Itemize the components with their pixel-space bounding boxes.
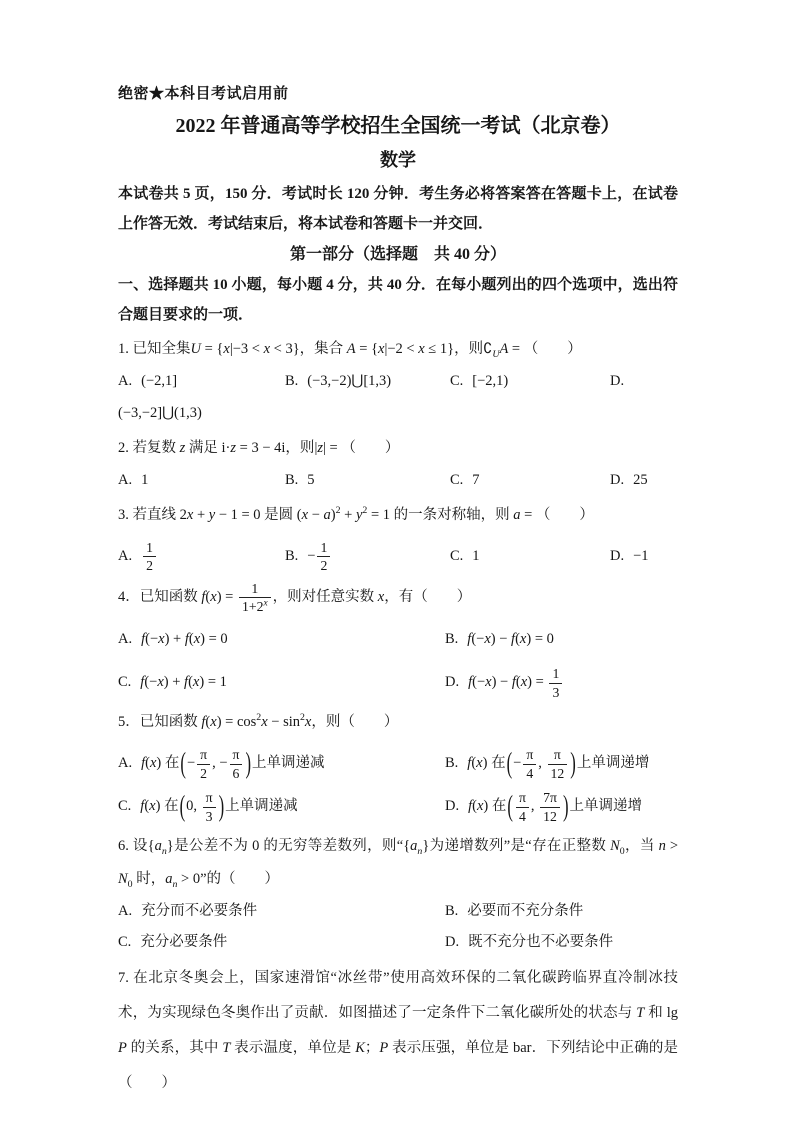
option-5c-label: C. bbox=[118, 787, 131, 825]
option-3b: B. −12 bbox=[285, 537, 450, 575]
option-3d-content: −1 bbox=[633, 537, 648, 575]
option-1d-label: D. bbox=[610, 366, 624, 397]
option-5c-content: f(x) 在(0, π3)上单调递减 bbox=[140, 787, 297, 825]
option-4c-label: C. bbox=[118, 663, 131, 701]
question-1-options: A. (−2,1] B. (−3,−2)⋃[1,3) C. [−2,1) D. bbox=[118, 366, 678, 397]
option-2b-label: B. bbox=[285, 465, 298, 496]
secrecy-notice: 绝密★本科目考试启用前 bbox=[118, 82, 678, 106]
question-5-stem: 5．已知函数 f(x) = cos2x − sin2x，则（ ） bbox=[118, 706, 678, 739]
option-1a-label: A. bbox=[118, 366, 132, 397]
question-3-options: A. 12 B. −12 C. 1 D. −1 bbox=[118, 537, 678, 575]
option-6b: B. 必要而不充分条件 bbox=[445, 896, 678, 927]
option-4b: B. f(−x) − f(x) = 0 bbox=[445, 620, 678, 658]
option-2d: D. 25 bbox=[610, 465, 678, 496]
option-5a-content: f(x) 在(−π2, −π6)上单调递减 bbox=[141, 744, 324, 782]
option-5a: A. f(x) 在(−π2, −π6)上单调递减 bbox=[118, 744, 445, 782]
question-3: 3. 若直线 2x + y − 1 = 0 是圆 (x − a)2 + y2 =… bbox=[118, 499, 678, 575]
option-4c: C. f(−x) + f(x) = 1 bbox=[118, 663, 445, 701]
option-1c-label: C. bbox=[450, 366, 463, 397]
question-2-options: A. 1 B. 5 C. 7 D. 25 bbox=[118, 465, 678, 496]
option-5b-label: B. bbox=[445, 744, 458, 782]
exam-instructions: 本试卷共 5 页，150 分．考试时长 120 分钟．考生务必将答案答在答题卡上… bbox=[118, 179, 678, 239]
question-4-options-row1: A. f(−x) + f(x) = 0 B. f(−x) − f(x) = 0 bbox=[118, 620, 678, 658]
option-3b-label: B. bbox=[285, 537, 298, 575]
option-1a-content: (−2,1] bbox=[141, 366, 177, 397]
option-6b-label: B. bbox=[445, 896, 458, 927]
question-5-options-row1: A. f(x) 在(−π2, −π6)上单调递减 B. f(x) 在(−π4, … bbox=[118, 744, 678, 782]
question-6-options-row1: A. 充分而不必要条件 B. 必要而不充分条件 bbox=[118, 896, 678, 927]
part-one-heading: 第一部分（选择题 共 40 分） bbox=[118, 240, 678, 270]
question-1-stem: 1. 已知全集U = {x|−3 < x < 3}，集合 A = {x|−2 <… bbox=[118, 333, 678, 366]
question-4: 4．已知函数 f(x) = 11+2x，则对任意实数 x，有（ ） A. f(−… bbox=[118, 580, 678, 701]
question-5-options-row2: C. f(x) 在(0, π3)上单调递减 D. f(x) 在(π4, 7π12… bbox=[118, 787, 678, 825]
option-6d-content: 既不充分也不必要条件 bbox=[468, 927, 613, 958]
question-5: 5．已知函数 f(x) = cos2x − sin2x，则（ ） A. f(x)… bbox=[118, 706, 678, 825]
option-6d-label: D. bbox=[445, 927, 459, 958]
question-4-stem: 4．已知函数 f(x) = 11+2x，则对任意实数 x，有（ ） bbox=[118, 580, 678, 615]
option-2b-content: 5 bbox=[307, 465, 314, 496]
option-6a: A. 充分而不必要条件 bbox=[118, 896, 445, 927]
option-1c-content: [−2,1) bbox=[472, 366, 508, 397]
question-3-stem: 3. 若直线 2x + y − 1 = 0 是圆 (x − a)2 + y2 =… bbox=[118, 499, 678, 532]
option-1b: B. (−3,−2)⋃[1,3) bbox=[285, 366, 450, 397]
question-6: 6. 设{an}是公差不为 0 的无穷等差数列，则“{an}为递增数列”是“存在… bbox=[118, 830, 678, 958]
option-6c-content: 充分必要条件 bbox=[140, 927, 227, 958]
option-4c-content: f(−x) + f(x) = 1 bbox=[140, 663, 227, 701]
option-2d-content: 25 bbox=[633, 465, 648, 496]
option-3c-label: C. bbox=[450, 537, 463, 575]
option-6a-content: 充分而不必要条件 bbox=[141, 896, 257, 927]
option-2c: C. 7 bbox=[450, 465, 610, 496]
question-6-stem: 6. 设{an}是公差不为 0 的无穷等差数列，则“{an}为递增数列”是“存在… bbox=[118, 830, 678, 896]
question-6-options-row2: C. 充分必要条件 D. 既不充分也不必要条件 bbox=[118, 927, 678, 958]
option-2a-content: 1 bbox=[141, 465, 148, 496]
option-6d: D. 既不充分也不必要条件 bbox=[445, 927, 678, 958]
option-4a: A. f(−x) + f(x) = 0 bbox=[118, 620, 445, 658]
question-7-stem: 7. 在北京冬奥会上，国家速滑馆“冰丝带”使用高效环保的二氧化碳跨临界直冷制冰技… bbox=[118, 961, 678, 1101]
option-3b-content: −12 bbox=[307, 537, 332, 575]
option-4b-content: f(−x) − f(x) = 0 bbox=[467, 620, 554, 658]
option-4b-label: B. bbox=[445, 620, 458, 658]
option-3a: A. 12 bbox=[118, 537, 285, 575]
option-5d-label: D. bbox=[445, 787, 459, 825]
option-2b: B. 5 bbox=[285, 465, 450, 496]
option-6a-label: A. bbox=[118, 896, 132, 927]
option-4d: D. f(−x) − f(x) = 13 bbox=[445, 663, 678, 701]
option-5d-content: f(x) 在(π4, 7π12)上单调递增 bbox=[468, 787, 642, 825]
question-1: 1. 已知全集U = {x|−3 < x < 3}，集合 A = {x|−2 <… bbox=[118, 333, 678, 429]
question-7: 7. 在北京冬奥会上，国家速滑馆“冰丝带”使用高效环保的二氧化碳跨临界直冷制冰技… bbox=[118, 961, 678, 1101]
option-2a: A. 1 bbox=[118, 465, 285, 496]
option-1d: D. bbox=[610, 366, 678, 397]
option-5b: B. f(x) 在(−π4, π12)上单调递增 bbox=[445, 744, 678, 782]
exam-page: { "header": { "secrecy": "绝密★本科目考试启用前", … bbox=[0, 0, 793, 1122]
page-header: 绝密★本科目考试启用前 2022 年普通高等学校招生全国统一考试（北京卷） 数学… bbox=[118, 82, 678, 330]
option-4a-label: A. bbox=[118, 620, 132, 658]
option-3d: D. −1 bbox=[610, 537, 678, 575]
option-6c: C. 充分必要条件 bbox=[118, 927, 445, 958]
exam-title: 2022 年普通高等学校招生全国统一考试（北京卷） bbox=[118, 108, 678, 144]
option-5a-label: A. bbox=[118, 744, 132, 782]
option-1a: A. (−2,1] bbox=[118, 366, 285, 397]
section-one-intro: 一、选择题共 10 小题，每小题 4 分，共 40 分．在每小题列出的四个选项中… bbox=[118, 270, 678, 330]
question-4-options-row2: C. f(−x) + f(x) = 1 D. f(−x) − f(x) = 13 bbox=[118, 663, 678, 701]
option-2c-content: 7 bbox=[472, 465, 479, 496]
question-2-stem: 2. 若复数 z 满足 i·z = 3 − 4i，则|z| = （ ） bbox=[118, 432, 678, 465]
option-1b-content: (−3,−2)⋃[1,3) bbox=[307, 366, 391, 397]
option-1c: C. [−2,1) bbox=[450, 366, 610, 397]
option-2d-label: D. bbox=[610, 465, 624, 496]
option-2c-label: C. bbox=[450, 465, 463, 496]
option-1d-overflow: (−3,−2]⋃(1,3) bbox=[118, 397, 678, 429]
option-3a-content: 12 bbox=[141, 537, 158, 575]
option-4a-content: f(−x) + f(x) = 0 bbox=[141, 620, 228, 658]
option-6c-label: C. bbox=[118, 927, 131, 958]
option-2a-label: A. bbox=[118, 465, 132, 496]
option-4d-content: f(−x) − f(x) = 13 bbox=[468, 663, 564, 701]
option-3d-label: D. bbox=[610, 537, 624, 575]
option-6b-content: 必要而不充分条件 bbox=[467, 896, 583, 927]
question-2: 2. 若复数 z 满足 i·z = 3 − 4i，则|z| = （ ） A. 1… bbox=[118, 432, 678, 496]
option-5b-content: f(x) 在(−π4, π12)上单调递增 bbox=[467, 744, 649, 782]
option-3c-content: 1 bbox=[472, 537, 479, 575]
option-5d: D. f(x) 在(π4, 7π12)上单调递增 bbox=[445, 787, 678, 825]
option-4d-label: D. bbox=[445, 663, 459, 701]
option-1b-label: B. bbox=[285, 366, 298, 397]
subject-title: 数学 bbox=[118, 144, 678, 176]
option-3a-label: A. bbox=[118, 537, 132, 575]
option-3c: C. 1 bbox=[450, 537, 610, 575]
option-5c: C. f(x) 在(0, π3)上单调递减 bbox=[118, 787, 445, 825]
